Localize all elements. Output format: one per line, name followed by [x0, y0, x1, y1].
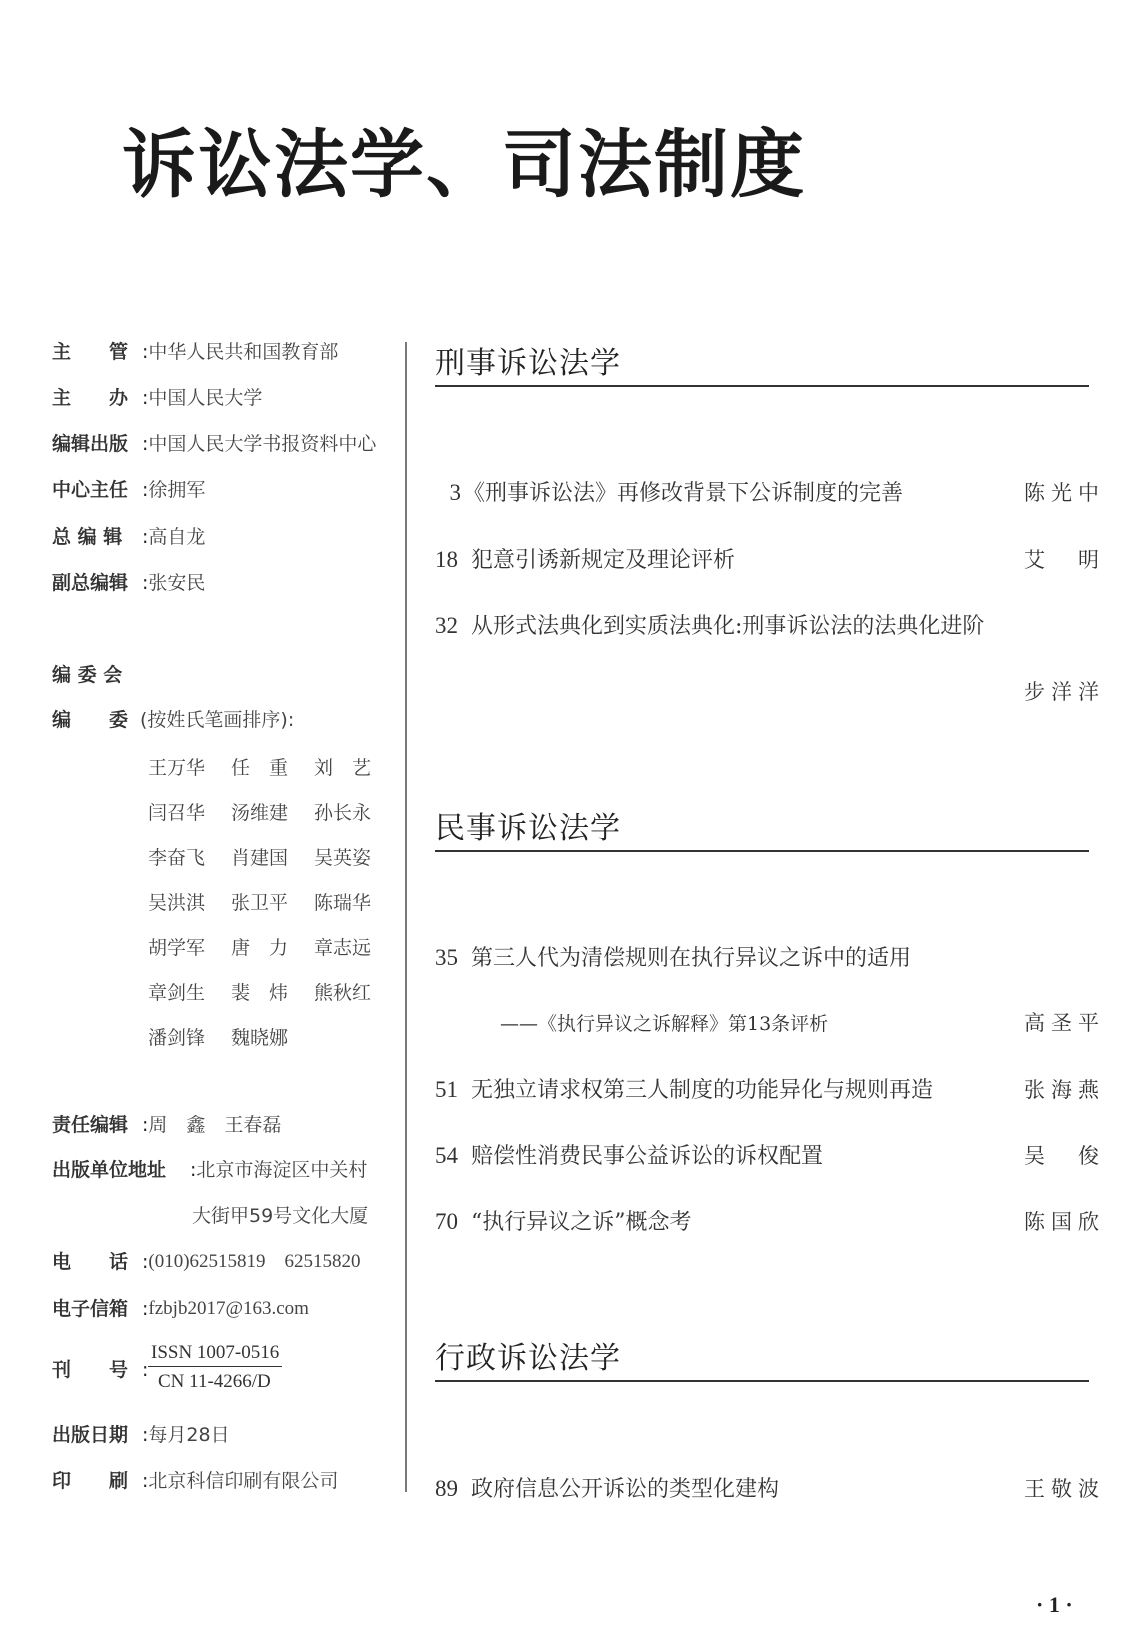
page-ref: 35 — [435, 945, 471, 971]
board-members-row: 李奋飞 肖建国 吴英姿 — [148, 843, 397, 870]
value: (010)62515819 62515820 — [148, 1250, 360, 1274]
article-author: 步洋洋 — [1024, 676, 1105, 706]
value: 每月28日 — [148, 1423, 229, 1447]
article-author: 王敬波 — [1024, 1473, 1105, 1503]
article-title: 赔偿性消费民事公益诉讼的诉权配置 — [471, 1144, 823, 1169]
toc-entry[interactable]: 35第三人代为清偿规则在执行异议之诉中的适用 — [435, 941, 1089, 972]
article-title: 《刑事诉讼法》再修改背景下公诉制度的完善 — [463, 481, 903, 506]
member-name: 陈瑞华 — [314, 888, 397, 915]
member-name: 汤维建 — [231, 798, 314, 825]
toc-entry[interactable]: 18犯意引诱新规定及理论评析 — [435, 543, 1089, 574]
label: 电 话 — [52, 1250, 142, 1274]
label: 主 办 — [52, 386, 142, 410]
masthead-row-address: 出版单位地址:北京市海淀区中关村 — [52, 1158, 367, 1182]
value: 周 鑫 王春磊 — [148, 1113, 281, 1137]
member-name: 章剑生 — [148, 978, 231, 1005]
masthead-row-publisher: 编辑出版:中国人民大学书报资料中心 — [52, 432, 376, 456]
page-ref: 18 — [435, 547, 471, 573]
member-name: 唐 力 — [231, 933, 314, 960]
issn: ISSN 1007-0516 — [148, 1342, 282, 1367]
page-ref: 32 — [435, 613, 471, 639]
section-heading-criminal: 刑事诉讼法学 — [435, 338, 621, 382]
member-name: 吴洪淇 — [148, 888, 231, 915]
label: 主 管 — [52, 340, 142, 364]
article-title: 无独立请求权第三人制度的功能异化与规则再造 — [471, 1078, 933, 1103]
member-name: 刘 艺 — [314, 753, 397, 780]
page-title: 诉讼法学、司法制度 — [122, 128, 806, 202]
member-name: 魏晓娜 — [231, 1023, 314, 1050]
member-name: 肖建国 — [231, 843, 314, 870]
section-rule — [435, 1380, 1089, 1382]
section-rule — [435, 385, 1089, 387]
article-author: 吴 俊 — [1024, 1140, 1105, 1170]
article-author: 张海燕 — [1024, 1074, 1105, 1104]
board-members-row: 闫召华 汤维建 孙长永 — [148, 798, 397, 825]
label: 编 委 会 — [52, 663, 122, 687]
member-name: 李奋飞 — [148, 843, 231, 870]
member-name: 闫召华 — [148, 798, 231, 825]
board-heading: 编 委 会 — [52, 663, 122, 687]
member-name: 孙长永 — [314, 798, 397, 825]
label: 出版单位地址 — [52, 1158, 190, 1182]
board-label-row: 编 委(按姓氏笔画排序): — [52, 708, 294, 732]
toc-entry[interactable]: 70“执行异议之诉”概念考 — [435, 1205, 1089, 1236]
article-title: 政府信息公开诉讼的类型化建构 — [471, 1477, 779, 1502]
board-members-row: 王万华 任 重 刘 艺 — [148, 753, 397, 780]
board-members-row: 章剑生 裴 炜 熊秋红 — [148, 978, 397, 1005]
value: 北京科信印刷有限公司 — [148, 1469, 338, 1493]
member-name: 张卫平 — [231, 888, 314, 915]
member-name: 吴英姿 — [314, 843, 397, 870]
page-ref: 54 — [435, 1143, 471, 1169]
value: 高自龙 — [148, 525, 205, 549]
label: 刊 号 — [52, 1358, 142, 1382]
label: 责任编辑 — [52, 1113, 142, 1137]
member-name: 熊秋红 — [314, 978, 397, 1005]
article-subtitle: ——《执行异议之诉解释》第13条评析 — [500, 1009, 828, 1036]
member-name: 任 重 — [231, 753, 314, 780]
member-name: 潘剑锋 — [148, 1023, 231, 1050]
value: 中国人民大学 — [148, 386, 262, 410]
masthead-row-phone: 电 话:(010)62515819 62515820 — [52, 1250, 361, 1274]
article-author: 陈光中 — [1024, 477, 1105, 507]
page-ref: 70 — [435, 1209, 471, 1235]
member-name: 胡学军 — [148, 933, 231, 960]
label: 副总编辑 — [52, 571, 142, 595]
value: 大街甲59号文化大厦 — [192, 1204, 368, 1228]
email-link[interactable]: fzbjb2017@163.com — [148, 1297, 309, 1321]
masthead-row-editor-in-chief: 总 编 辑:高自龙 — [52, 525, 205, 549]
page-number: · 1 · — [1036, 1592, 1073, 1618]
label: 电子信箱 — [52, 1297, 142, 1321]
page-ref: 89 — [435, 1476, 471, 1502]
board-members-row: 吴洪淇 张卫平 陈瑞华 — [148, 888, 397, 915]
member-name: 王万华 — [148, 753, 231, 780]
member-name: 章志远 — [314, 933, 397, 960]
article-author: 艾 明 — [1024, 544, 1105, 574]
section-heading-administrative: 行政诉讼法学 — [435, 1333, 621, 1377]
toc-entry[interactable]: 89政府信息公开诉讼的类型化建构 — [435, 1472, 1089, 1503]
masthead-row-email: 电子信箱:fzbjb2017@163.com — [52, 1297, 309, 1321]
article-title: “执行异议之诉”概念考 — [471, 1210, 692, 1235]
masthead-row-supervisor: 主 管:中华人民共和国教育部 — [52, 340, 338, 364]
column-divider — [405, 342, 407, 1492]
masthead-row-sponsor: 主 办:中国人民大学 — [52, 386, 262, 410]
masthead-row-pub-date: 出版日期:每月28日 — [52, 1423, 230, 1447]
label: 编辑出版 — [52, 432, 142, 456]
value: 中国人民大学书报资料中心 — [148, 432, 376, 456]
article-author: 陈国欣 — [1024, 1206, 1105, 1236]
masthead-row-responsible-editor: 责任编辑:周 鑫 王春磊 — [52, 1113, 281, 1137]
label: 印 刷 — [52, 1469, 142, 1493]
masthead-row-director: 中心主任:徐拥军 — [52, 478, 205, 502]
masthead-row-serial: 刊 号: — [52, 1358, 148, 1382]
masthead-row-address-line2: 大街甲59号文化大厦 — [192, 1204, 368, 1228]
page-ref: 3 — [435, 480, 461, 506]
label: 中心主任 — [52, 478, 142, 502]
serial-number: ISSN 1007-0516 CN 11-4266/D — [148, 1342, 282, 1393]
value: 中华人民共和国教育部 — [148, 340, 338, 364]
board-members-row: 潘剑锋 魏晓娜 — [148, 1023, 314, 1050]
value: 徐拥军 — [148, 478, 205, 502]
article-title: 犯意引诱新规定及理论评析 — [471, 548, 735, 573]
masthead-row-deputy-editor: 副总编辑:张安民 — [52, 571, 205, 595]
article-title: 从形式法典化到实质法典化:刑事诉讼法的法典化进阶 — [471, 614, 984, 639]
member-name: 裴 炜 — [231, 978, 314, 1005]
label: 总 编 辑 — [52, 525, 142, 549]
section-rule — [435, 850, 1089, 852]
cn-number: CN 11-4266/D — [148, 1371, 282, 1393]
article-author: 高圣平 — [1024, 1007, 1105, 1037]
page-ref: 51 — [435, 1077, 471, 1103]
label: 编 委 — [52, 708, 140, 732]
value: 北京市海淀区中关村 — [196, 1158, 367, 1182]
toc-entry[interactable]: 51无独立请求权第三人制度的功能异化与规则再造 — [435, 1073, 1089, 1104]
toc-entry[interactable]: 54赔偿性消费民事公益诉讼的诉权配置 — [435, 1139, 1089, 1170]
toc-entry[interactable]: 32从形式法典化到实质法典化:刑事诉讼法的法典化进阶 — [435, 609, 1089, 640]
section-heading-civil: 民事诉讼法学 — [435, 803, 621, 847]
toc-entry[interactable]: 3《刑事诉讼法》再修改背景下公诉制度的完善 — [435, 476, 1089, 507]
value: 张安民 — [148, 571, 205, 595]
board-note: (按姓氏笔画排序): — [140, 708, 294, 732]
label: 出版日期 — [52, 1423, 142, 1447]
board-members-row: 胡学军 唐 力 章志远 — [148, 933, 397, 960]
masthead-row-printer: 印 刷:北京科信印刷有限公司 — [52, 1469, 338, 1493]
article-title: 第三人代为清偿规则在执行异议之诉中的适用 — [471, 946, 911, 971]
